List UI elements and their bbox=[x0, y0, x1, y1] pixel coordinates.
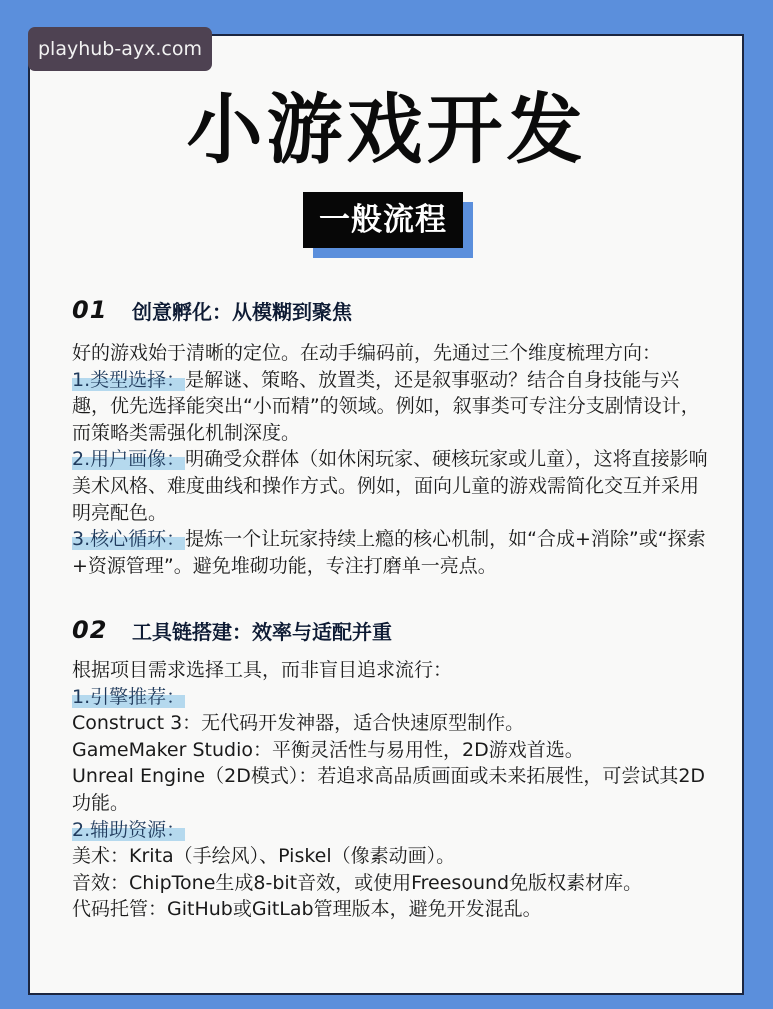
section-body-01: 好的游戏始于清晰的定位。在动手编码前，先通过三个维度梳理方向： 1.类型选择：是… bbox=[72, 340, 712, 579]
section-body-02: 根据项目需求选择工具，而非盲目追求流行： 1.引擎推荐： Construct 3… bbox=[72, 657, 712, 923]
item-label: 2.用户画像： bbox=[72, 448, 185, 470]
group-label: 1.引擎推荐： bbox=[72, 686, 185, 708]
group-label: 2.辅助资源： bbox=[72, 819, 185, 841]
section-title: 工具链搭建：效率与适配并重 bbox=[126, 616, 398, 645]
list-item: 3.核心循环：提炼一个让玩家持续上瘾的核心机制，如“合成+消除”或“探索+资源管… bbox=[72, 526, 712, 579]
list-item: GameMaker Studio：平衡灵活性与易用性，2D游戏首选。 bbox=[72, 737, 712, 764]
section-title-text: 创意孵化：从模糊到聚焦 bbox=[132, 300, 352, 324]
section-header-02: 02 工具链搭建：效率与适配并重 bbox=[72, 612, 398, 648]
list-item: Unreal Engine（2D模式）：若追求高品质画面或未来拓展性，可尝试其2… bbox=[72, 763, 712, 816]
list-item: 2.用户画像：明确受众群体（如休闲玩家、硬核玩家或儿童），这将直接影响美术风格、… bbox=[72, 446, 712, 526]
watermark-badge: playhub-ayx.com bbox=[28, 27, 212, 71]
subtitle: 一般流程 bbox=[303, 192, 463, 248]
section-intro: 根据项目需求选择工具，而非盲目追求流行： bbox=[72, 657, 712, 684]
item-label: 1.类型选择： bbox=[72, 369, 185, 391]
list-item: Construct 3：无代码开发神器，适合快速原型制作。 bbox=[72, 710, 712, 737]
list-item: 1.类型选择：是解谜、策略、放置类，还是叙事驱动？结合自身技能与兴趣，优先选择能… bbox=[72, 367, 712, 447]
subtitle-block: 一般流程 bbox=[303, 192, 463, 248]
section-intro: 好的游戏始于清晰的定位。在动手编码前，先通过三个维度梳理方向： bbox=[72, 340, 712, 367]
item-label: 3.核心循环： bbox=[72, 528, 185, 550]
section-title: 创意孵化：从模糊到聚焦 bbox=[126, 296, 358, 325]
page-title: 小游戏开发 bbox=[0, 82, 773, 178]
list-item: 音效：ChipTone生成8-bit音效，或使用Freesound免版权素材库。 bbox=[72, 870, 712, 897]
section-number: 02 bbox=[72, 616, 124, 644]
group-label-row: 1.引擎推荐： bbox=[72, 684, 712, 711]
section-number: 01 bbox=[72, 296, 124, 324]
section-title-text: 工具链搭建：效率与适配并重 bbox=[132, 620, 392, 644]
section-header-01: 01 创意孵化：从模糊到聚焦 bbox=[72, 292, 358, 328]
list-item: 美术：Krita（手绘风）、Piskel（像素动画）。 bbox=[72, 843, 712, 870]
group-label-row: 2.辅助资源： bbox=[72, 817, 712, 844]
list-item: 代码托管：GitHub或GitLab管理版本，避免开发混乱。 bbox=[72, 896, 712, 923]
